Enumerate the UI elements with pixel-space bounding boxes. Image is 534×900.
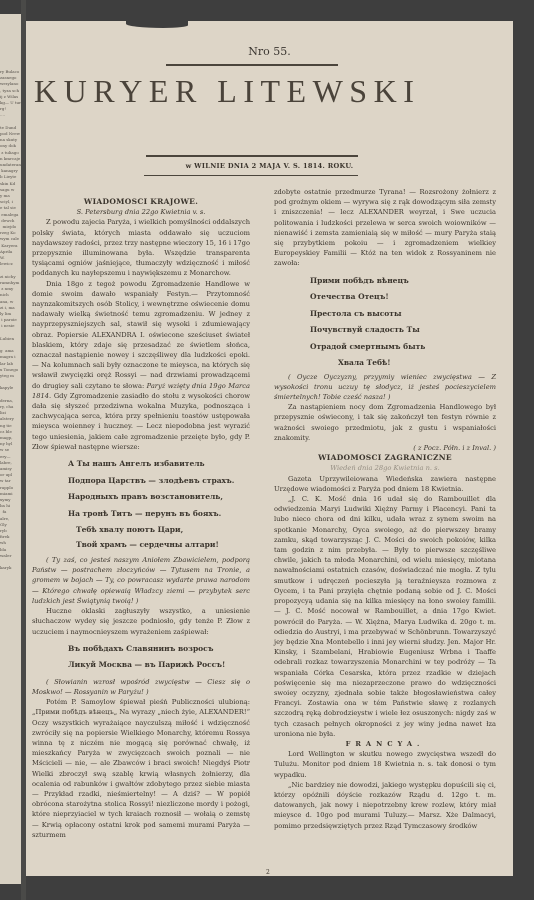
dateline-rule-top [146, 155, 358, 157]
section-heading-domestic: WIADOMOSCI KRAJOWE. [32, 197, 250, 207]
adjacent-page-strip: ry Bulaco zasnego wrzylano , tyza sch ij… [0, 14, 22, 884]
verse-line: Народныхъ правъ возстановитель, [32, 489, 250, 506]
verse-line: Прими побѣдъ вѣнецъ [274, 273, 496, 290]
section-heading-foreign: WIADOMOSCI ZAGRANICZNE [274, 453, 496, 463]
verse-line: На тронѣ Титъ — перунъ въ бояхъ. [32, 506, 250, 523]
paragraph: Lord Wellington w skutku nowego zwycięst… [274, 749, 496, 780]
paragraph: Potém P. Samoylow śpiewał pieśń Publiczn… [32, 697, 250, 840]
paragraph-text: Dnia 18go z tegoż powodu Zgromadzenie Ha… [32, 280, 250, 390]
paragraph: Gazeta Uprzywileiowana Wiedeńska zawiera… [274, 474, 496, 494]
paragraph: Huczne oklaski zagłuszyły wszystko, a un… [32, 606, 250, 637]
issue-number: Nro 55. [26, 45, 513, 58]
masthead-title: KURYER LITEWSKI [34, 73, 484, 110]
paragraph: „Nic bardziey nie dowodzi, jakiego wystę… [274, 780, 496, 831]
dateline-vienna: Wiedeń dnia 28go Kwietnia n. s. [274, 463, 496, 473]
adjacent-page-text: ry Bulaco zasnego wrzylano , tyza sch ij… [0, 69, 22, 571]
paragraph: Za nastąpieniem nocy dom Zgromadzenia Ha… [274, 402, 496, 443]
verse-line: Почувствуй сладость Ты [274, 322, 496, 339]
translation: ( Słowianin wzrosł wpośród zwycięstw — C… [32, 677, 250, 697]
verse-line: Твой храмъ — сердечны алтари! [32, 537, 250, 552]
title-rule-top [166, 64, 338, 66]
verse-line: Престола съ высоты [274, 306, 496, 323]
source-citation: ( z Pocz. Półn. i z Inval. ) [274, 443, 496, 453]
newspaper-page: Nro 55. KURYER LITEWSKI w WILNIE DNIA 2 … [26, 21, 513, 876]
verse-line: Хвала Тебѣ! [274, 355, 496, 372]
verse-line: А Ты нашъ Ангелъ избавитель [32, 456, 250, 473]
right-column: zdobyte ostatnie przedmurze Tyrana! — Ro… [274, 187, 496, 831]
paragraph: zdobyte ostatnie przedmurze Tyrana! — Ro… [274, 187, 496, 269]
translation: ( Ty zaś, co jesteś naszym Aniołem Zbawi… [32, 555, 250, 606]
paragraph: Z powodu zajecia Paryża, i wielkich pomy… [32, 217, 250, 278]
verse-line: Подпора Царствъ — злодѣевъ страхъ. [32, 473, 250, 490]
dateline: w WILNIE DNIA 2 MAJA V. S. 1814. ROKU. [26, 162, 513, 170]
section-heading-france: FRANCYA. [274, 739, 496, 749]
torn-edge [126, 21, 188, 28]
page-signature-mark: 2 [266, 869, 270, 876]
paragraph-text: Gdy Zgromadzenie zasiadło do stołu z wys… [32, 392, 250, 451]
left-column: WIADOMOSCI KRAJOWE. S. Petersburg dnia 2… [32, 197, 250, 840]
dateline-rule-bottom [144, 175, 358, 176]
verse-line: Ликуй Москва — въ Парижѣ Россъ! [32, 657, 250, 674]
verse-line: Въ побѣдахъ Славянинъ возросъ [32, 641, 250, 658]
verse-line: Тебѣ хвалу поютъ Цари, [32, 522, 250, 537]
dateline-petersburg: S. Petersburg dnia 22go Kwietnia v. s. [32, 207, 250, 217]
paragraph: „J. C. K. Mość dnia 16 udał się do Rambo… [274, 494, 496, 739]
translation: ( Oycze Oyczyzny, przyymiy wieniec zwyci… [274, 372, 496, 403]
verse-line: Отрадой смертнымъ быть [274, 339, 496, 356]
paragraph: Dnia 18go z tegoż powodu Zgromadzenie Ha… [32, 279, 250, 452]
verse-line: Отечества Отецъ! [274, 289, 496, 306]
